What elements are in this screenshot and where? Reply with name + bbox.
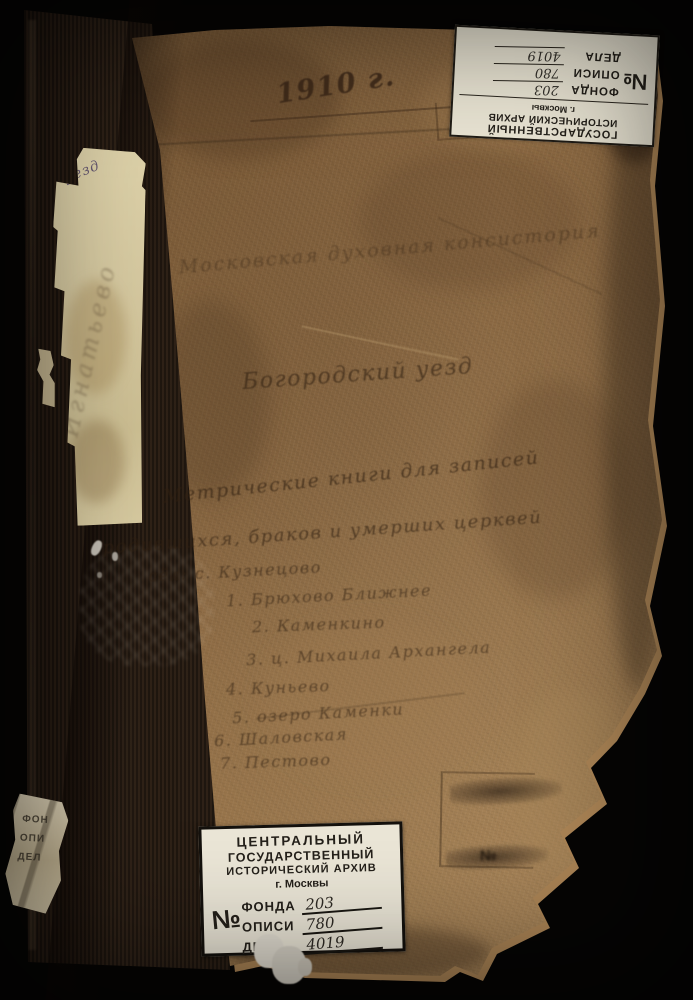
- handwritten-village-item: 4. Куньево: [226, 676, 331, 699]
- fragment-line: ОПИ: [19, 829, 66, 850]
- archive-book-cover-photo: 1910 г. Московская духовная консистория …: [0, 0, 693, 1000]
- number-sign: №: [479, 847, 497, 865]
- spine-embossed-mark: [6, 90, 20, 124]
- delo-value: 4019: [302, 931, 383, 954]
- cover-stain: [605, 70, 670, 690]
- fragment-line: ДЕЛ: [17, 847, 64, 868]
- central-archive-label: ЦЕНТРАЛЬНЫЙ ГОСУДАРСТВЕННЫЙ ИСТОРИЧЕСКИЙ…: [198, 821, 405, 956]
- delo-value: 4019: [495, 46, 565, 62]
- fond-value: 203: [493, 80, 563, 96]
- number-sign: №: [622, 68, 648, 95]
- spine-embossed-mark: [8, 260, 21, 296]
- opis-value: 780: [494, 63, 564, 79]
- handwritten-village-item: 7. Пестово: [220, 750, 332, 773]
- white-speck: [97, 572, 102, 578]
- opis-label: ОПИСИ: [242, 918, 302, 935]
- opis-label: ОПИСИ: [563, 65, 620, 80]
- white-speck: [112, 552, 118, 561]
- number-sign: №: [210, 902, 242, 936]
- delo-label: ДЕЛА: [564, 49, 621, 64]
- state-archive-stamp-label: ГОСУДАРСТВЕННЫЙ ИСТОРИЧЕСКИЙ АРХИВ г. Мо…: [449, 25, 660, 148]
- cotton-blob: [298, 958, 312, 976]
- spine-embossed-mark: [4, 170, 20, 210]
- fond-value: 203: [301, 891, 382, 914]
- fond-label: ФОНДА: [241, 898, 301, 915]
- fond-label: ФОНДА: [563, 82, 620, 97]
- opis-value: 780: [301, 911, 382, 934]
- spine-embossed-mark: [6, 350, 21, 392]
- fragment-line: ФОН: [22, 810, 69, 831]
- spine-embossed-mark: [10, 440, 23, 474]
